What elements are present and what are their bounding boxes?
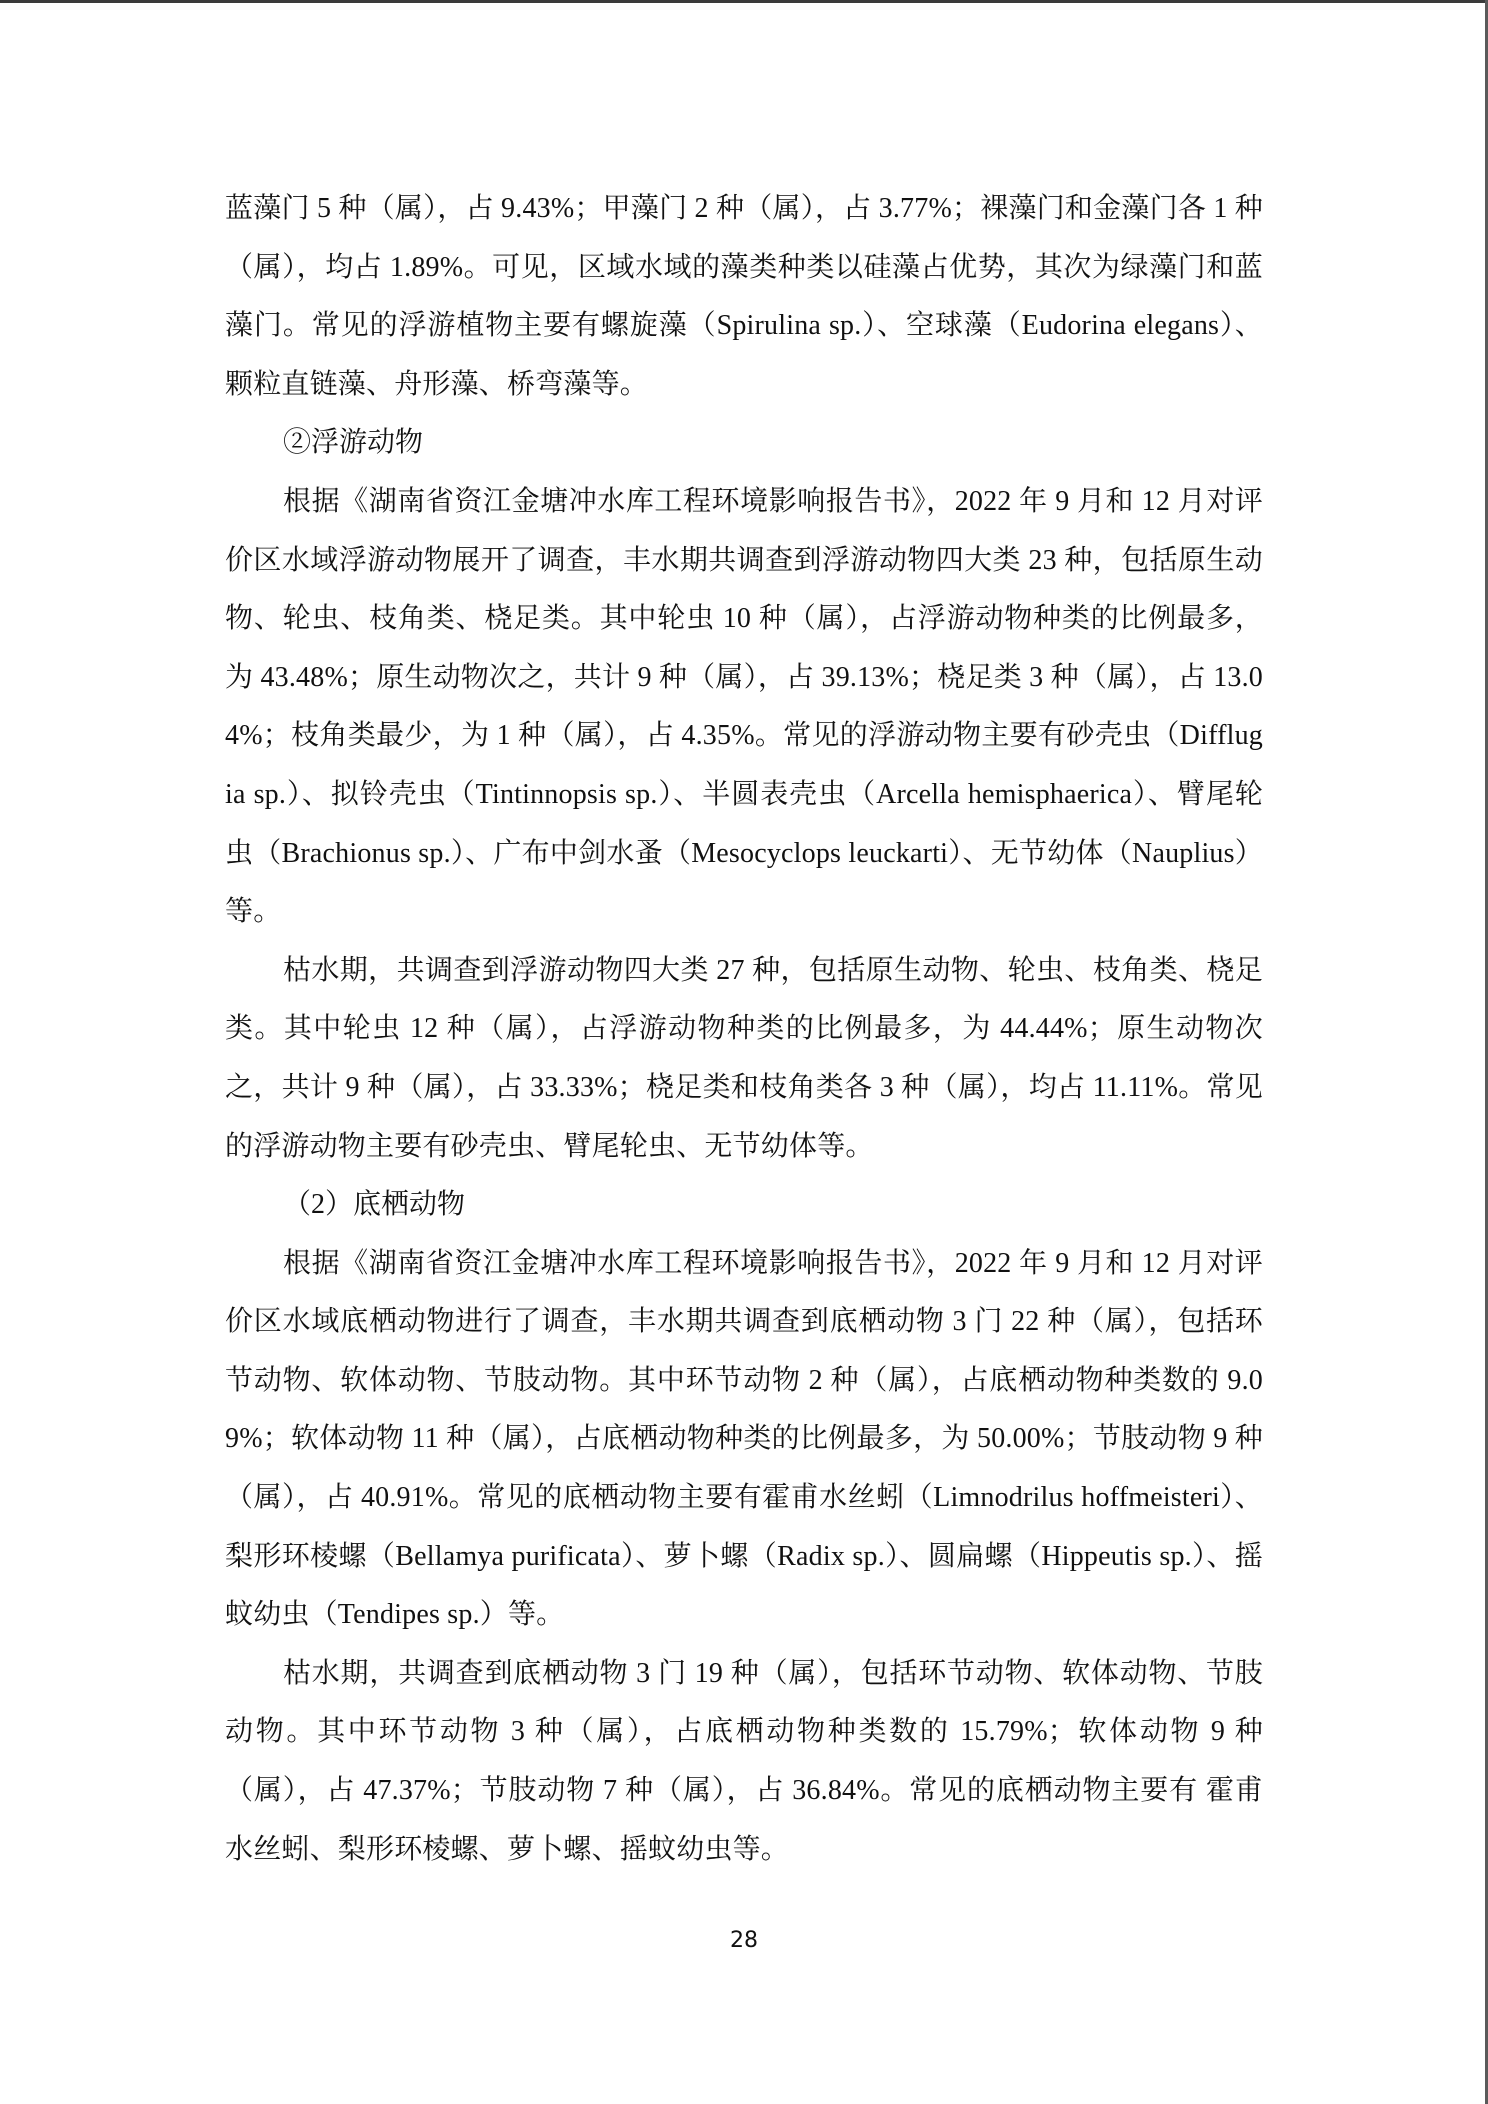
heading-benthic-animals: （2）底栖动物 <box>225 1176 1263 1235</box>
paragraph-benthic-wet-season: 根据《湖南省资江金塘冲水库工程环境影响报告书》，2022 年 9 月和 12 月… <box>225 1235 1263 1645</box>
paragraph-benthic-dry-season: 枯水期，共调查到底栖动物 3 门 19 种（属），包括环节动物、软体动物、节肢动… <box>225 1645 1263 1879</box>
page-number: 28 <box>0 1928 1488 1953</box>
page-border-top <box>0 0 1488 3</box>
paragraph-phytoplankton-summary: 蓝藻门 5 种（属），占 9.43%；甲藻门 2 种（属），占 3.77%；裸藻… <box>225 180 1263 414</box>
document-page-body: 蓝藻门 5 种（属），占 9.43%；甲藻门 2 种（属），占 3.77%；裸藻… <box>225 180 1263 1879</box>
paragraph-zooplankton-dry-season: 枯水期，共调查到浮游动物四大类 27 种，包括原生动物、轮虫、枝角类、桡足类。其… <box>225 942 1263 1176</box>
heading-zooplankton: ②浮游动物 <box>225 414 1263 473</box>
paragraph-zooplankton-wet-season: 根据《湖南省资江金塘冲水库工程环境影响报告书》，2022 年 9 月和 12 月… <box>225 473 1263 942</box>
